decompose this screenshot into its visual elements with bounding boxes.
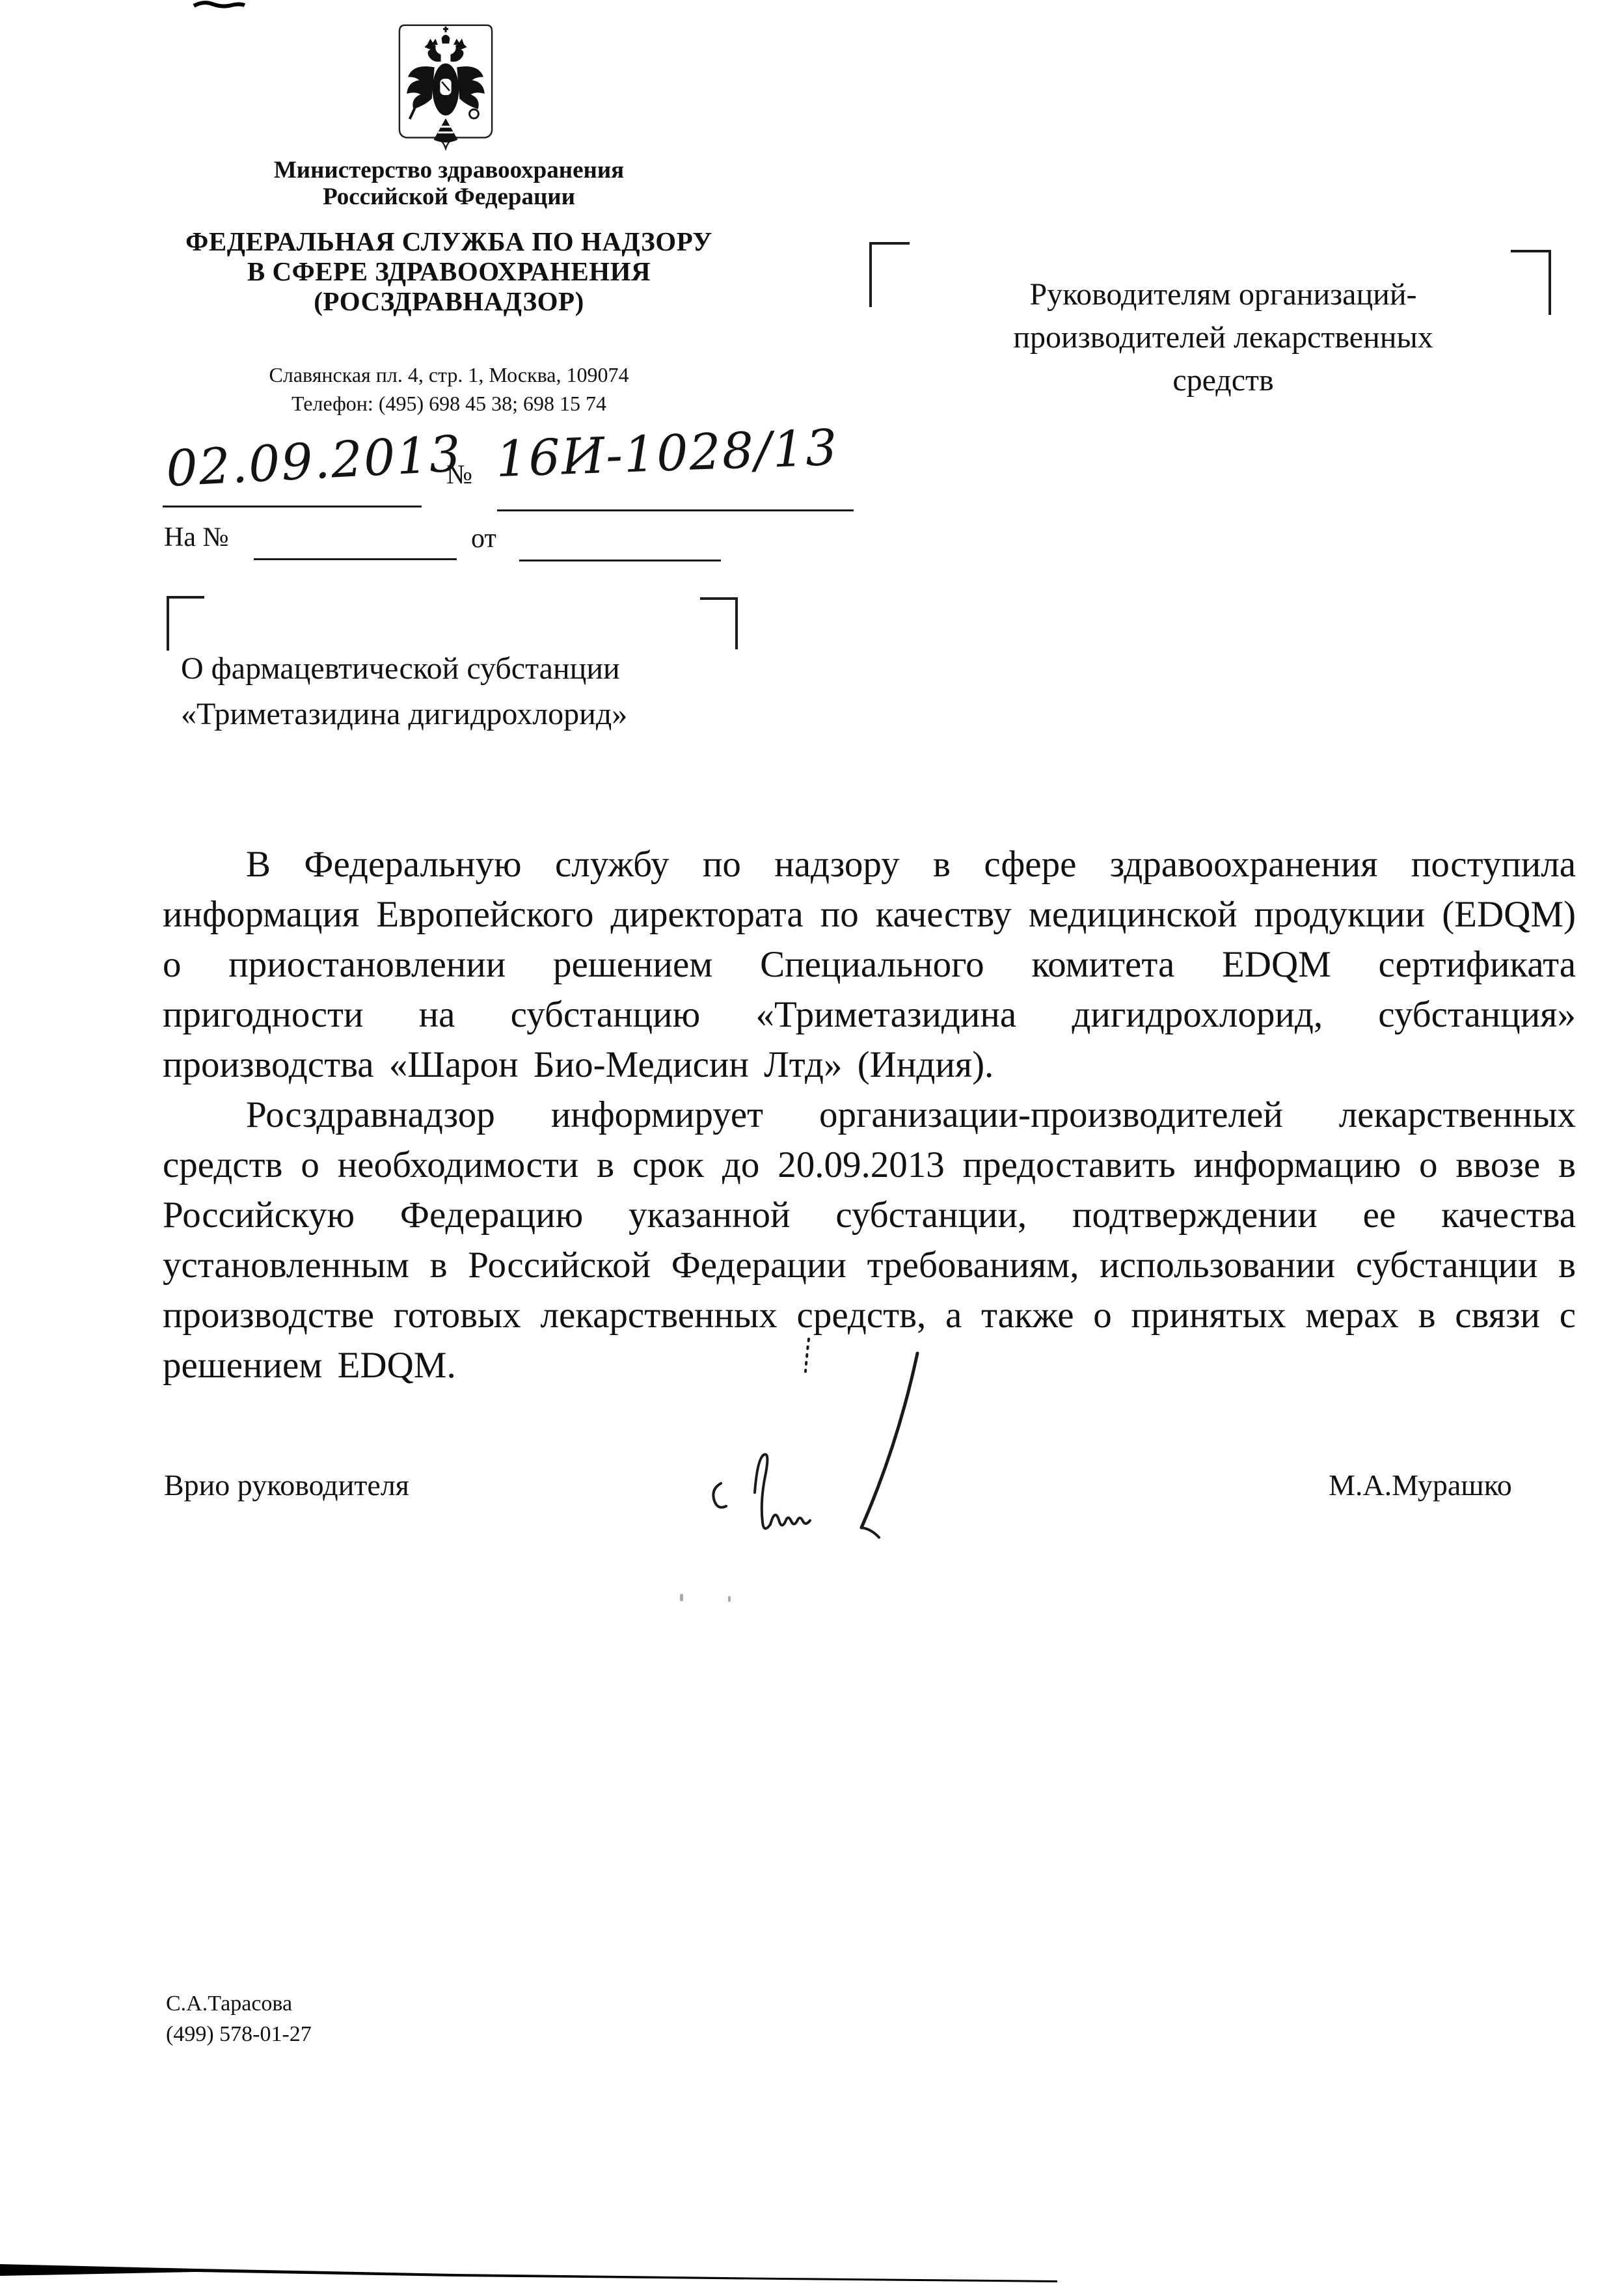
subject-corner-left	[167, 596, 204, 651]
addressee-line1: Руководителям организаций-	[898, 273, 1549, 316]
scan-speck	[680, 1594, 683, 1601]
ministry-line1: Министерство здравоохранения	[124, 157, 774, 183]
handwritten-number: 16И-1028/13	[495, 418, 839, 488]
russia-coat-of-arms-icon	[394, 22, 497, 155]
bottom-scan-streak-icon	[0, 2258, 1624, 2283]
letterhead-phone: Телефон: (495) 698 45 38; 698 15 74	[91, 389, 807, 418]
reply-number-underline	[254, 558, 457, 560]
executor-name: С.А.Тарасова	[166, 1988, 312, 2019]
ministry-line2: Российской Федерации	[124, 183, 774, 210]
subject-corner-right	[700, 597, 738, 649]
service-line2: В СФЕРЕ ЗДРАВООХРАНЕНИЯ	[91, 256, 807, 286]
executor-block: С.А.Тарасова (499) 578-01-27	[166, 1988, 312, 2049]
date-underline	[163, 506, 422, 507]
addressee-line2: производителей лекарственных	[898, 316, 1549, 359]
executor-phone: (499) 578-01-27	[166, 2019, 312, 2049]
scanned-letter-page: Министерство здравоохранения Российской …	[0, 0, 1624, 2283]
ministry-name: Министерство здравоохранения Российской …	[124, 157, 774, 210]
service-line3: (РОСЗДРАВНАДЗОР)	[91, 286, 807, 316]
numero-sign: №	[446, 459, 472, 491]
letter-body: В Федеральную службу по надзору в сфере …	[163, 839, 1576, 1390]
addressee-line3: средств	[898, 359, 1549, 402]
letterhead-contacts: Славянская пл. 4, стр. 1, Москва, 109074…	[91, 360, 807, 418]
subject-line1: О фармацевтической субстанции	[181, 646, 799, 692]
service-line1: ФЕДЕРАЛЬНАЯ СЛУЖБА ПО НАДЗОРУ	[91, 226, 807, 256]
subject-block: О фармацевтической субстанции «Триметази…	[181, 646, 799, 737]
service-name: ФЕДЕРАЛЬНАЯ СЛУЖБА ПО НАДЗОРУ В СФЕРЕ ЗД…	[91, 226, 807, 316]
handwritten-date: 02.09.2013	[165, 424, 463, 498]
signer-title: Врио руководителя	[164, 1468, 409, 1502]
signer-name: М.А.Мурашко	[1329, 1468, 1512, 1502]
reply-date-underline	[519, 560, 721, 561]
addressee-block: Руководителям организаций- производителе…	[898, 273, 1549, 402]
scan-speck	[728, 1596, 731, 1602]
reply-to-label: На №	[164, 522, 229, 553]
subject-line2: «Триметазидина дигидрохлорид»	[181, 692, 799, 737]
number-underline	[497, 509, 854, 511]
body-paragraph-1: В Федеральную службу по надзору в сфере …	[163, 839, 1576, 1090]
handwritten-signature	[701, 1335, 943, 1550]
top-scan-artifact-icon	[193, 0, 247, 10]
reply-from-label: от	[471, 523, 496, 554]
letterhead-address: Славянская пл. 4, стр. 1, Москва, 109074	[91, 360, 807, 389]
